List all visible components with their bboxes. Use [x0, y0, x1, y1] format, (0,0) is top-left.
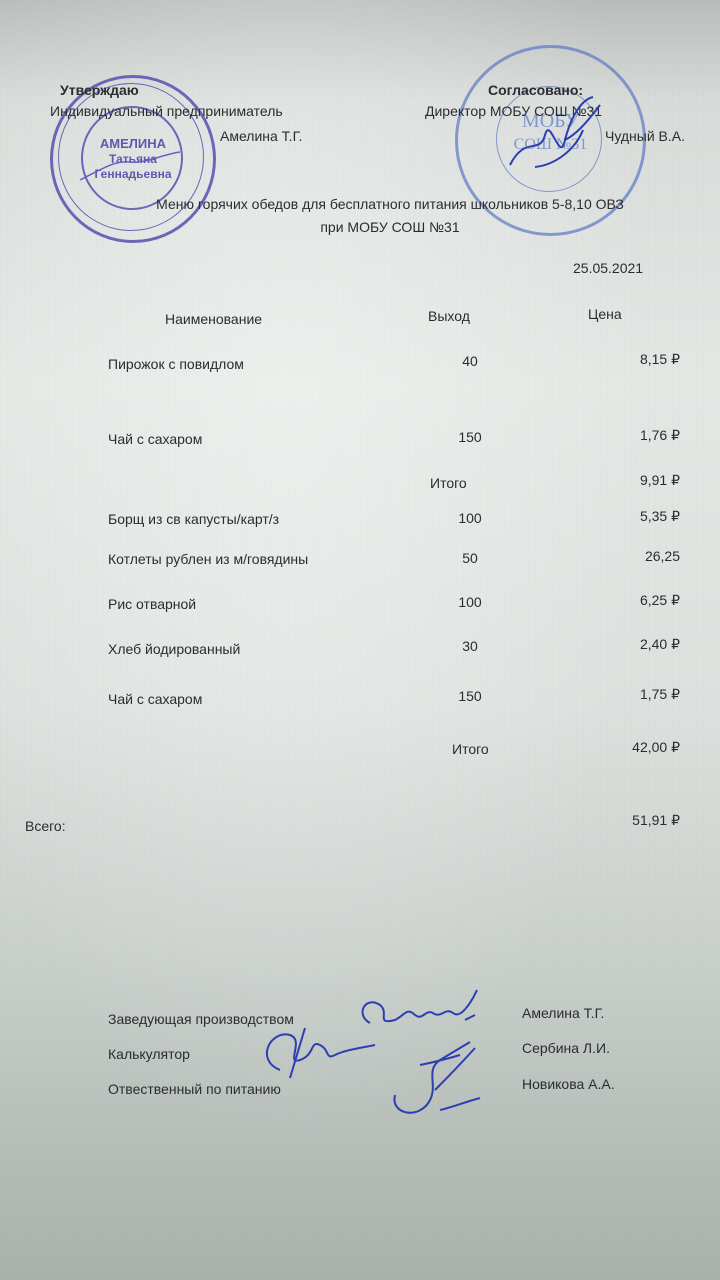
approve-name: Амелина Т.Г. — [220, 128, 302, 144]
item-price: 6,25 ₽ — [580, 592, 680, 609]
item-price: 26,25 — [580, 548, 680, 564]
grand-total: 51,91 ₽ — [580, 812, 680, 829]
director-signature — [505, 95, 615, 175]
item-price: 2,40 ₽ — [580, 636, 680, 653]
calculator-signature — [250, 1020, 380, 1080]
header-name: Наименование — [165, 311, 262, 327]
signatory-name: Амелина Т.Г. — [522, 1005, 604, 1021]
item-yield: 150 — [440, 688, 500, 704]
item-yield: 150 — [440, 429, 500, 445]
item-name: Борщ из св капусты/карт/з — [108, 511, 279, 527]
item-yield: 30 — [440, 638, 500, 654]
signatory-role: Отвественный по питанию — [108, 1081, 281, 1097]
menu-subtitle: при МОБУ СОШ №31 — [110, 219, 670, 235]
section1-total: 9,91 ₽ — [580, 472, 680, 489]
item-price: 1,76 ₽ — [580, 427, 680, 444]
item-name: Рис отварной — [108, 596, 196, 612]
item-yield: 40 — [440, 353, 500, 369]
item-price: 8,15 ₽ — [580, 351, 680, 368]
agreed-name: Чудный В.А. — [605, 128, 685, 144]
item-price: 5,35 ₽ — [580, 508, 680, 525]
item-name: Пирожок с повидлом — [108, 356, 244, 372]
menu-title: Меню горячих обедов для бесплатного пита… — [110, 196, 670, 212]
header-price: Цена — [588, 306, 622, 322]
signatory-name: Новикова А.А. — [522, 1076, 615, 1092]
menu-date: 25.05.2021 — [573, 260, 643, 276]
item-name: Чай с сахаром — [108, 691, 202, 707]
document-photo: АМЕЛИНА Татьяна Геннадьевна МОБУ СОШ №31… — [0, 0, 720, 1280]
grand-total-label: Всего: — [25, 818, 66, 834]
item-price: 1,75 ₽ — [580, 686, 680, 703]
item-yield: 100 — [440, 594, 500, 610]
signatory-name: Сербина Л.И. — [522, 1040, 610, 1056]
approve-position: Индивидуальный предприниматель — [50, 103, 283, 119]
section1-total-label: Итого — [430, 475, 467, 491]
item-yield: 50 — [440, 550, 500, 566]
section2-total: 42,00 ₽ — [580, 739, 680, 756]
item-name: Котлеты рублен из м/говядины — [108, 551, 308, 567]
item-yield: 100 — [440, 510, 500, 526]
section2-total-label: Итого — [452, 741, 489, 757]
item-name: Хлеб йодированный — [108, 641, 240, 657]
header-yield: Выход — [428, 308, 470, 324]
approve-heading: Утверждаю — [60, 82, 139, 98]
item-name: Чай с сахаром — [108, 431, 202, 447]
stamp-line-1: АМЕЛИНА — [53, 136, 213, 151]
nutrition-officer-signature — [380, 1040, 490, 1120]
signatory-role: Калькулятор — [108, 1046, 190, 1062]
entrepreneur-signature — [75, 150, 185, 190]
